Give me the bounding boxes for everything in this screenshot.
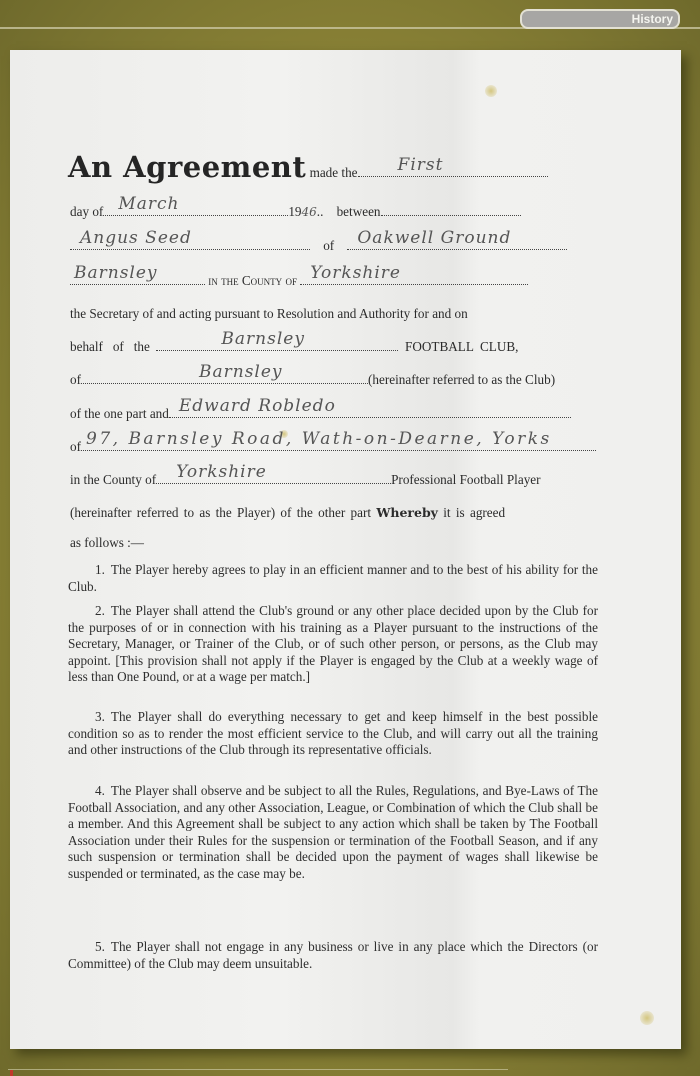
between-field [381,203,521,216]
player-county-label: in the County of [70,472,156,487]
secretary-county-line: Barnsley in the County of Yorkshire [70,272,528,289]
clause-number: 4. [95,783,105,800]
document-title: An Agreement [68,150,306,184]
year-print: 19 [288,204,301,219]
paper-stain [485,85,497,97]
as-follows-line: as follows :— [70,535,144,551]
clause-3: 3.The Player shall do everything necessa… [68,709,598,759]
secretary-authority-line: the Secretary of and acting pursuant to … [70,306,468,322]
player-address-value: 97, Barnsley Road, Wath-on-Dearne, Yorks [86,429,552,449]
of-label: of [323,238,334,253]
of-label: of [70,439,81,454]
town-value: Barnsley [74,263,158,283]
club-town-field: Barnsley [81,371,368,384]
clause-text: The Player shall attend the Club's groun… [68,603,598,684]
between-label: between [337,204,381,219]
player-county-field: Yorkshire [156,471,391,484]
secretary-name-field: Angus Seed [70,237,310,250]
town-field: Barnsley [70,272,205,285]
secretary-address-field: Oakwell Ground [347,237,567,250]
clause-text: The Player shall observe and be subject … [68,783,598,881]
county-label: in the County of [208,273,297,288]
date-day-field: First [358,164,548,177]
secretary-address-value: Oakwell Ground [357,228,511,248]
clause-number: 2. [95,603,105,620]
player-name-line: of the one part andEdward Robledo [70,405,571,422]
player-name-field: Edward Robledo [169,405,571,418]
behalf-label: behalf of the [70,339,150,354]
footer-accent-mark [10,1070,13,1076]
player-address-field: 97, Barnsley Road, Wath-on-Dearne, Yorks [81,438,596,451]
clause-number: 5. [95,939,105,956]
clause-number: 3. [95,709,105,726]
month-value: March [118,194,179,214]
date-line: day ofMarch1946.. between [70,203,521,220]
county-value: Yorkshire [310,263,401,283]
player-county-value: Yorkshire [176,462,267,482]
clause-1: 1.The Player hereby agrees to play in an… [68,562,598,595]
bottom-rule [8,1069,508,1070]
agreement-document: An Agreement made theFirst day ofMarch19… [10,50,681,1049]
made-the-label: made the [310,165,358,180]
professional-player-label: Professional Football Player [391,472,540,487]
whereby-word: Whereby [376,505,438,520]
club-town-value: Barnsley [199,362,283,382]
club-line: behalf of the Barnsley FOOTBALL CLUB, [70,338,518,355]
clause-text: The Player shall not engage in any busin… [68,939,598,971]
secretary-name-value: Angus Seed [80,228,192,248]
month-field: March [103,203,288,216]
county-field: Yorkshire [300,272,528,285]
one-part-label: of the one part and [70,406,169,421]
club-town-line: ofBarnsley(hereinafter referred to as th… [70,371,555,388]
player-county-line: in the County ofYorkshireProfessional Fo… [70,471,541,488]
date-day-value: First [398,155,444,175]
clause-text: The Player shall do everything necessary… [68,709,598,757]
clause-number: 1. [95,562,105,579]
year-handwritten: 46 [302,205,317,219]
of-label: of [70,372,81,387]
day-of-label: day of [70,204,103,219]
football-club-label: FOOTBALL CLUB, [405,339,518,354]
club-value: Barnsley [221,329,305,349]
clause-2: 2.The Player shall attend the Club's gro… [68,603,598,686]
club-reference-label: (hereinafter referred to as the Club) [368,372,555,387]
clause-5: 5.The Player shall not engage in any bus… [68,939,598,972]
club-field: Barnsley [156,338,398,351]
player-reference-text: (hereinafter referred to as the Player) … [70,505,371,520]
player-reference-line: (hereinafter referred to as the Player) … [70,505,505,521]
player-name-value: Edward Robledo [179,396,336,416]
player-address-line: of97, Barnsley Road, Wath-on-Dearne, Yor… [70,438,596,455]
section-tab-history: History [520,9,680,29]
agreed-text: it is agreed [443,505,505,520]
paper-stain [640,1011,654,1025]
clause-text: The Player hereby agrees to play in an e… [68,562,598,594]
secretary-line: Angus Seed of Oakwell Ground [70,237,567,254]
clause-4: 4.The Player shall observe and be subjec… [68,783,598,882]
title-line: An Agreement made theFirst [68,150,548,184]
